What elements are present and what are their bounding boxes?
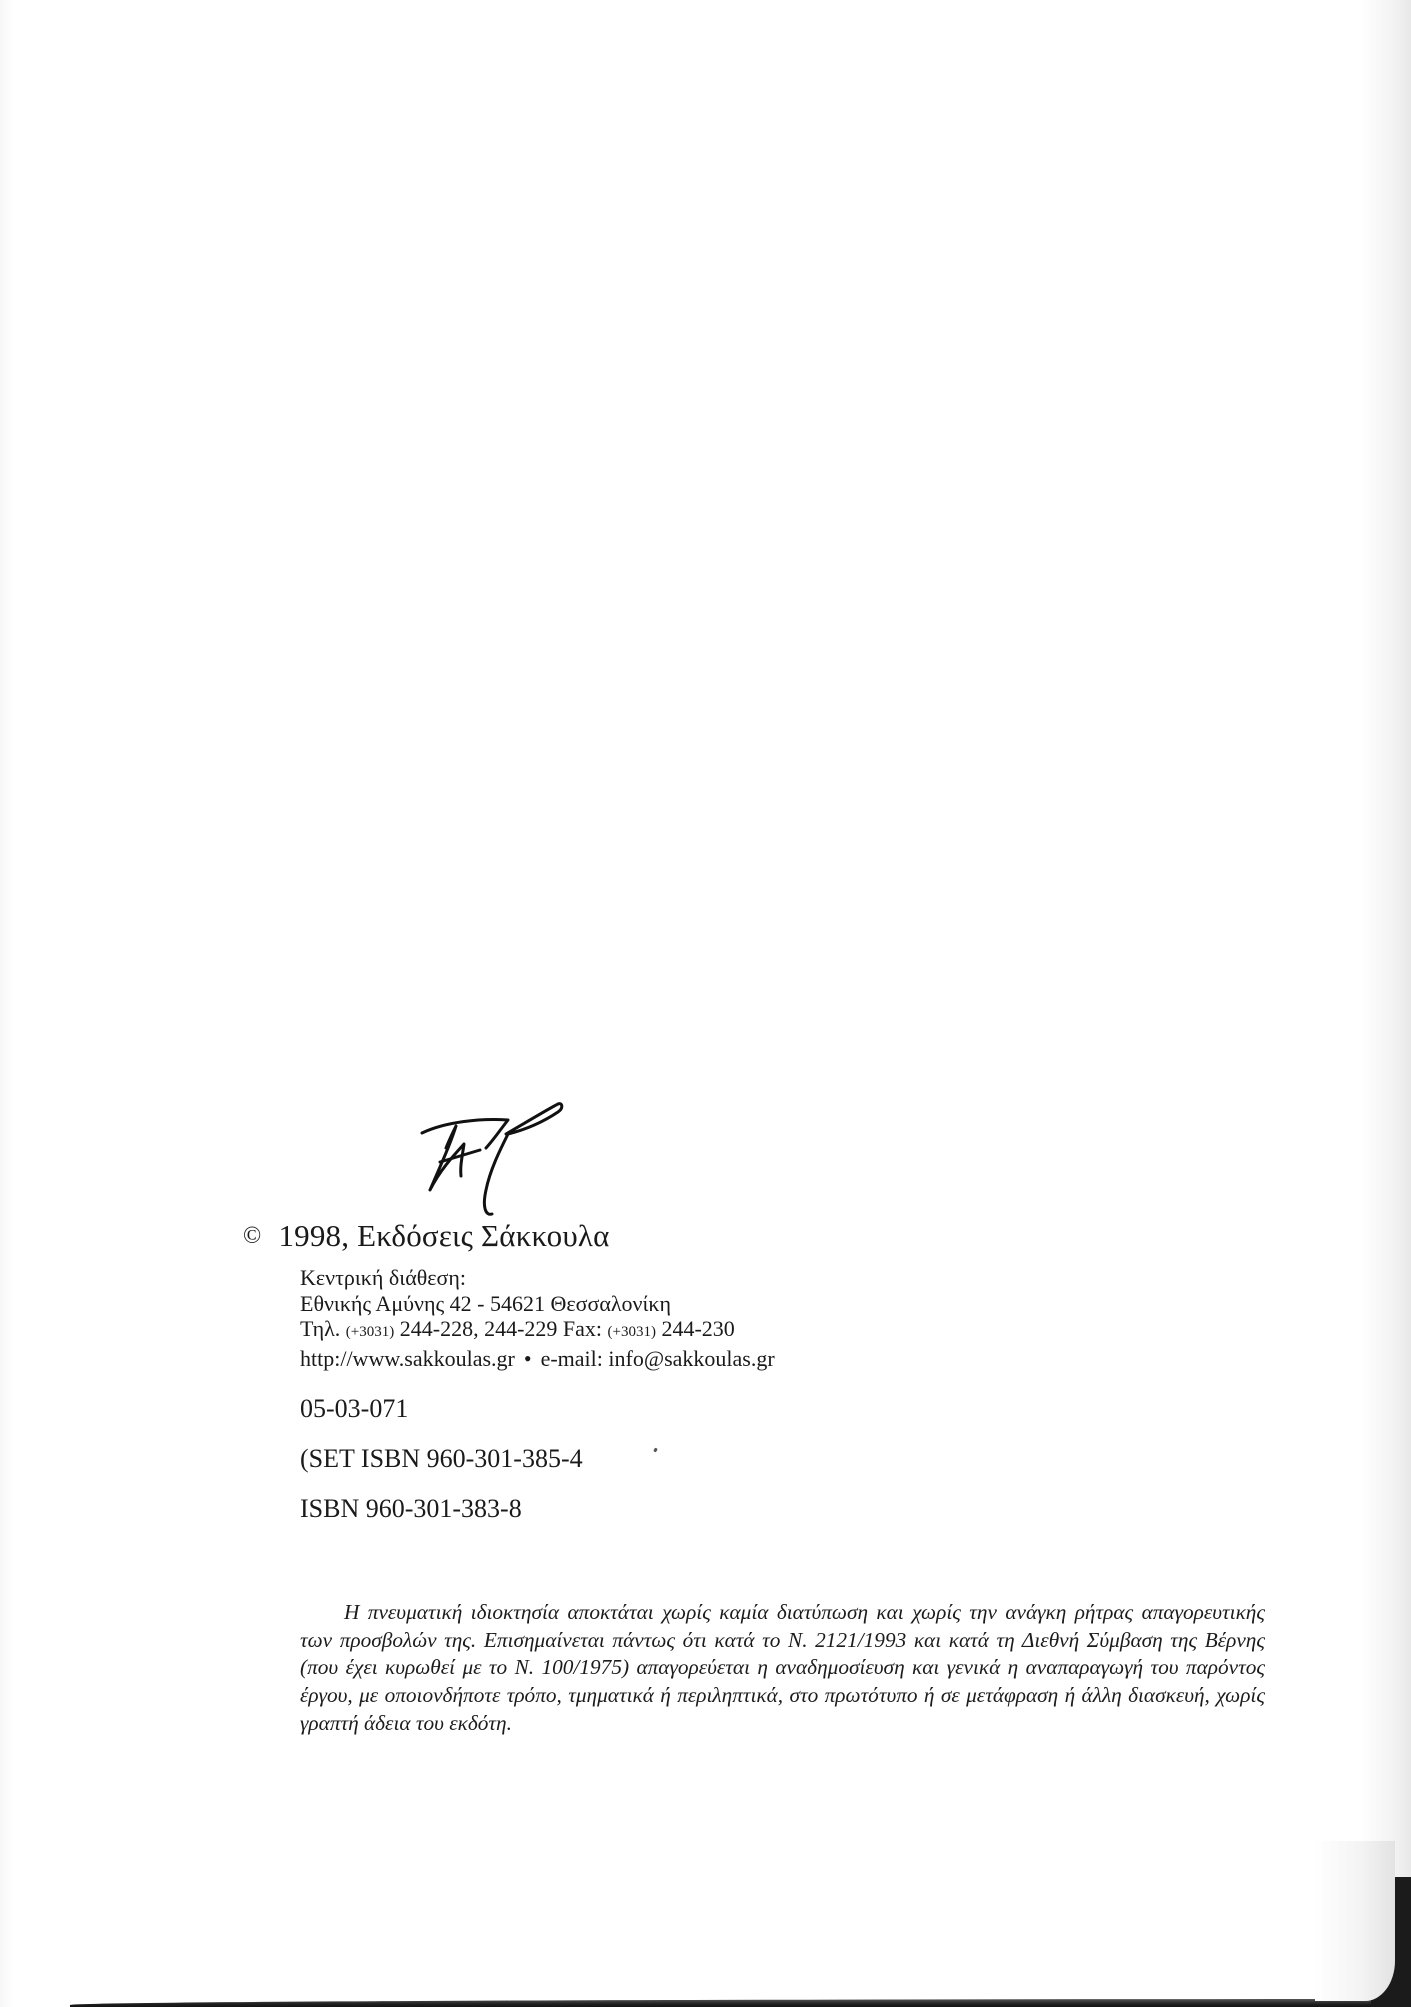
set-isbn: (SET ISBN 960-301-385-4 — [300, 1443, 583, 1493]
website-link[interactable]: http://www.sakkoulas.gr — [300, 1346, 515, 1371]
legal-notice: Η πνευματική ιδιοκτησία αποκτάται χωρίς … — [300, 1599, 1265, 1737]
web-email-line: http://www.sakkoulas.gr•e-mail: info@sak… — [300, 1346, 775, 1372]
distribution-label: Κεντρική διάθεση: — [300, 1265, 775, 1291]
phone-fax-line: Τηλ. (+3031) 244-228, 244-229 Fax: (+303… — [300, 1316, 775, 1346]
isbn-block: 05-03-071 (SET ISBN 960-301-385-4 ISBN 9… — [300, 1393, 583, 1543]
isbn: ISBN 960-301-383-8 — [300, 1493, 583, 1543]
postal-address: Εθνικής Αμύνης 42 - 54621 Θεσσαλονίκη — [300, 1291, 775, 1317]
copyright-symbol: © — [243, 1223, 261, 1249]
copyright-text: 1998, Εκδόσεις Σάκκουλα — [278, 1218, 609, 1253]
publisher-contact: Κεντρική διάθεση: Εθνικής Αμύνης 42 - 54… — [300, 1265, 775, 1371]
book-page: ©1998, Εκδόσεις Σάκκουλα Κεντρική διάθεσ… — [0, 0, 1411, 2007]
signature-icon — [420, 1100, 570, 1220]
separator-bullet: • — [524, 1346, 532, 1371]
copyright-line: ©1998, Εκδόσεις Σάκκουλα — [243, 1218, 610, 1254]
scan-speck — [653, 1448, 658, 1453]
page-corner-curl — [1371, 1877, 1411, 2007]
catalog-code: 05-03-071 — [300, 1393, 583, 1443]
email-link[interactable]: info@sakkoulas.gr — [608, 1346, 774, 1371]
page-bottom-edge — [70, 1999, 1411, 2007]
